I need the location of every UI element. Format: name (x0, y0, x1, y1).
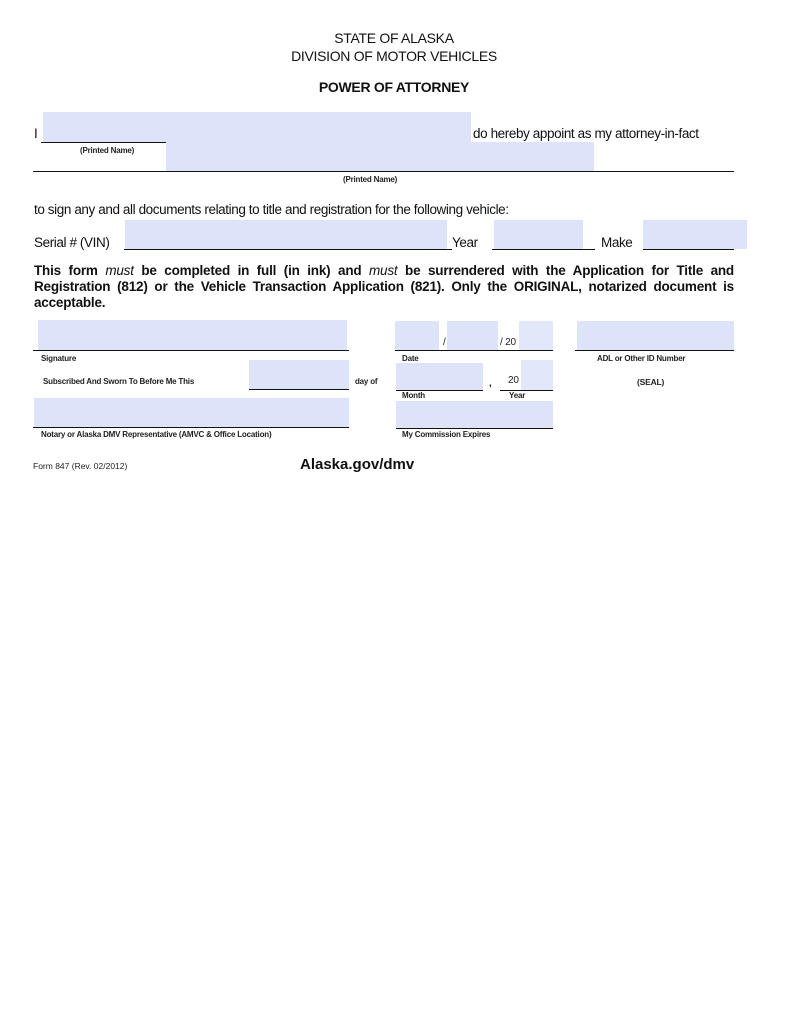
grantor-name-input[interactable] (43, 112, 471, 142)
signature-underline (33, 350, 349, 351)
sworn-label: Subscribed And Sworn To Before Me This (43, 377, 194, 386)
commission-label: My Commission Expires (402, 430, 490, 439)
day-of-label: day of (355, 377, 377, 386)
signature-label: Signature (41, 354, 76, 363)
attorney-name-label: (Printed Name) (343, 175, 397, 184)
attorney-name-input[interactable] (166, 142, 594, 171)
id-number-input[interactable] (577, 321, 734, 350)
id-number-underline (575, 350, 734, 351)
date-year-input[interactable] (519, 321, 553, 350)
date-year-prefix: / 20 (500, 337, 516, 348)
make-label: Make (601, 235, 632, 250)
sworn-year-underline (500, 390, 553, 391)
website-link[interactable]: Alaska.gov/dmv (300, 456, 414, 473)
commission-expires-input[interactable] (396, 401, 553, 428)
vin-underline (124, 249, 452, 250)
vin-input[interactable] (125, 220, 447, 249)
notary-label: Notary or Alaska DMV Representative (AMV… (41, 430, 271, 439)
agency-name: STATE OF ALASKA (0, 30, 788, 46)
year-underline (492, 249, 595, 250)
attorney-name-underline (33, 171, 734, 172)
month-label: Month (402, 391, 425, 400)
notary-input[interactable] (34, 398, 349, 427)
division-name: DIVISION OF MOTOR VEHICLES (0, 48, 788, 64)
year-label: Year (452, 235, 478, 250)
prefix-i: I (34, 126, 37, 141)
grantor-name-label: (Printed Name) (80, 146, 134, 155)
date-day-input[interactable] (447, 321, 498, 350)
year-input[interactable] (494, 220, 583, 249)
date-month-input[interactable] (395, 321, 439, 350)
vin-label: Serial # (VIN) (34, 235, 109, 250)
make-input[interactable] (643, 220, 747, 249)
appoint-text: do hereby appoint as my attorney-in-fact (473, 126, 699, 141)
comma: , (489, 378, 492, 389)
date-label: Date (402, 354, 419, 363)
sworn-day-input[interactable] (249, 360, 349, 389)
date-underline (395, 350, 553, 351)
seal-label: (SEAL) (637, 377, 664, 387)
commission-underline (396, 428, 553, 429)
make-underline (643, 249, 734, 250)
signature-input[interactable] (38, 320, 347, 350)
sworn-month-input[interactable] (396, 363, 483, 390)
notice-paragraph: This form must be completed in full (in … (34, 263, 734, 311)
year-sublabel: Year (509, 391, 525, 400)
sworn-day-underline (249, 389, 349, 390)
sworn-year-input[interactable] (521, 360, 553, 390)
id-number-label: ADL or Other ID Number (597, 354, 685, 363)
vehicle-intro: to sign any and all documents relating t… (34, 202, 509, 217)
form-number: Form 847 (Rev. 02/2012) (33, 461, 127, 471)
form-title: POWER OF ATTORNEY (0, 79, 788, 95)
notary-underline (33, 427, 349, 428)
date-separator-1: / (443, 337, 446, 348)
sworn-year-prefix: 20 (508, 375, 519, 386)
